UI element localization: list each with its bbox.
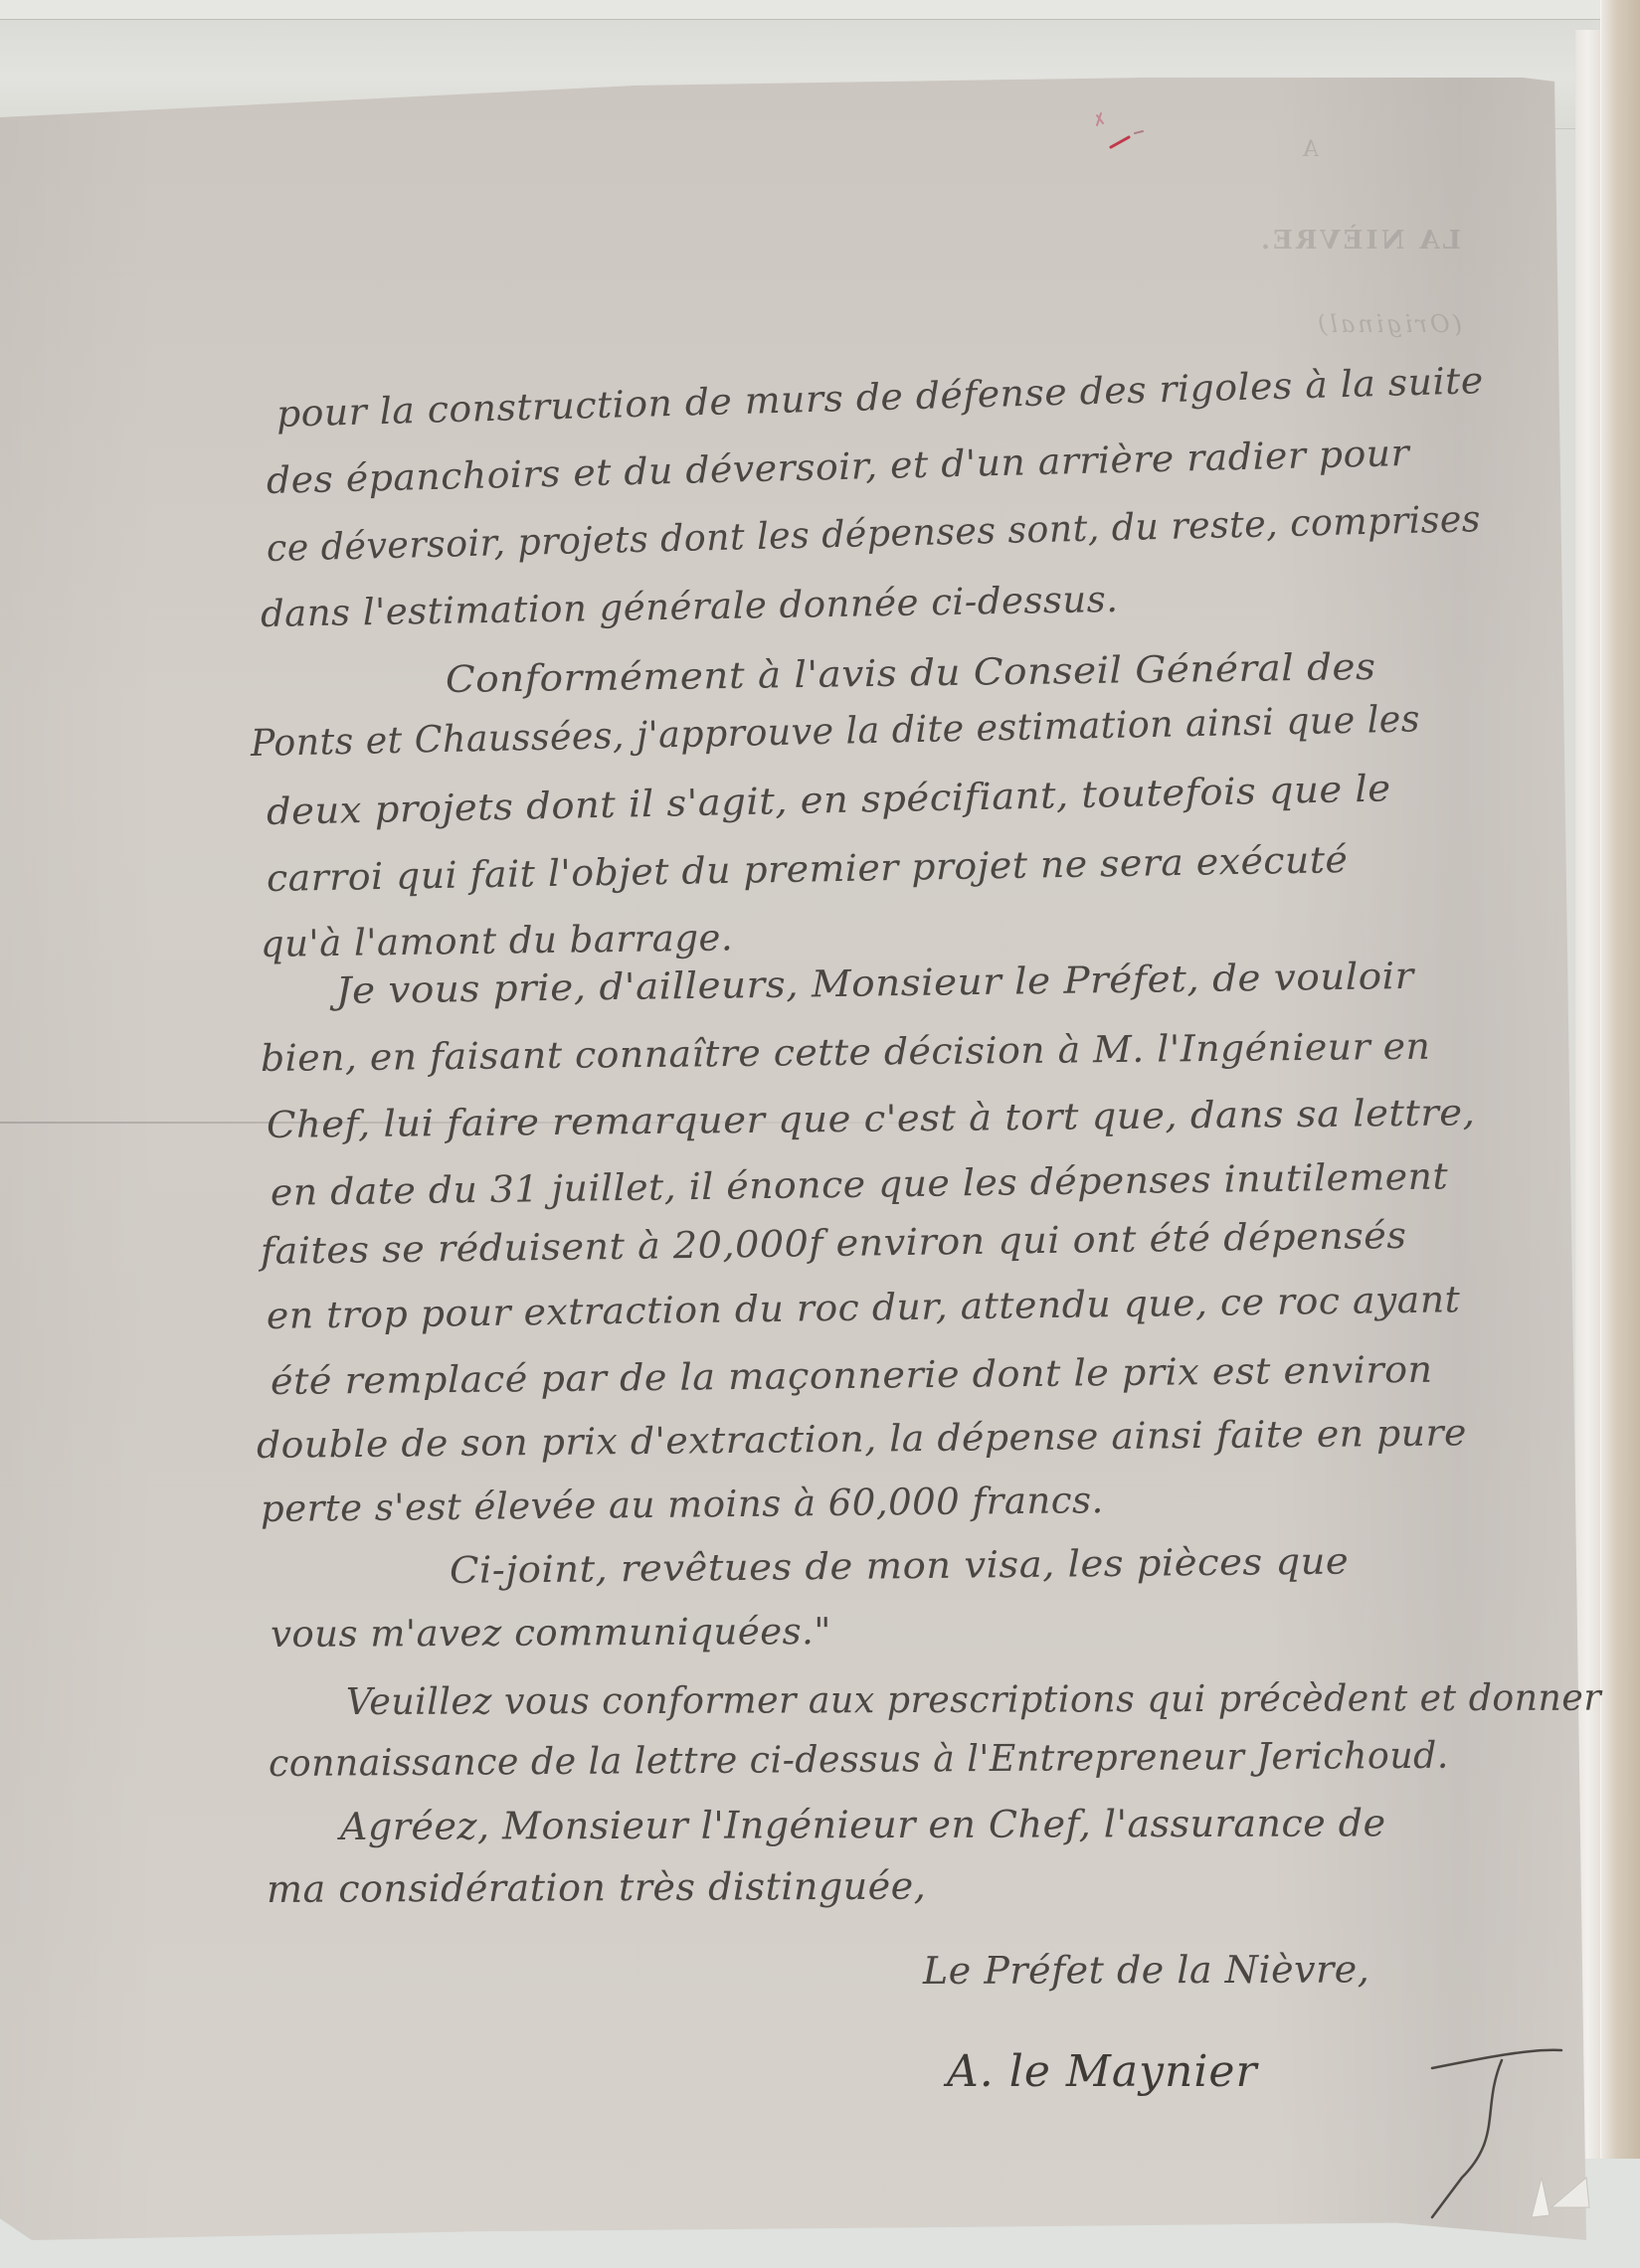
letter-body: pour la construction de murs de défense … [0, 0, 1640, 2268]
letter-line: ce déversoir, projets dont les dépenses … [266, 497, 1481, 570]
letter-line: deux projets dont il s'agit, en spécifia… [267, 767, 1391, 833]
letter-line: en date du 31 juillet, il énonce que les… [271, 1154, 1449, 1214]
letter-line: faites se réduisent à 20,000f environ qu… [261, 1214, 1407, 1273]
letter-line: Ci-joint, revêtues de mon visa, les pièc… [450, 1540, 1350, 1592]
letter-line: ma considération très distinguée, [267, 1864, 927, 1911]
letter-line: en trop pour extraction du roc dur, atte… [267, 1278, 1461, 1337]
letter-line: carroi qui fait l'objet du premier proje… [267, 838, 1349, 900]
torn-corner-icon [1532, 2168, 1591, 2227]
letter-line: double de son prix d'extraction, la dépe… [257, 1411, 1467, 1467]
letter-line: bien, en faisant connaître cette décisio… [261, 1025, 1431, 1080]
letter-line: des épanchoirs et du déversoir, et d'un … [266, 432, 1409, 502]
letter-line: pour la construction de murs de défense … [275, 359, 1484, 436]
letter-line: Conformément à l'avis du Conseil Général… [446, 645, 1376, 701]
letter-line: connaissance de la lettre ci-dessus à l'… [269, 1734, 1449, 1785]
closing-title: Le Préfet de la Nièvre, [923, 1947, 1369, 1993]
letter-line: perte s'est élevée au moins à 60,000 fra… [261, 1479, 1104, 1530]
letter-line: Agréez, Monsieur l'Ingénieur en Chef, l'… [340, 1801, 1386, 1848]
letter-line: vous m'avez communiquées." [271, 1610, 831, 1656]
letter-line: Veuillez vous conformer aux prescription… [346, 1676, 1601, 1723]
signature: A. le Maynier [947, 2046, 1257, 2097]
letter-line: été remplacé par de la maçonnerie dont l… [271, 1348, 1433, 1403]
letter-line: dans l'estimation générale donnée ci-des… [261, 578, 1119, 635]
letter-line: Ponts et Chaussées, j'approuve la dite e… [251, 697, 1421, 765]
letter-line: qu'à l'amont du barrage. [261, 916, 734, 965]
letter-line: Je vous prie, d'ailleurs, Monsieur le Pr… [336, 955, 1414, 1012]
letter-line: Chef, lui faire remarquer que c'est à to… [267, 1091, 1476, 1146]
